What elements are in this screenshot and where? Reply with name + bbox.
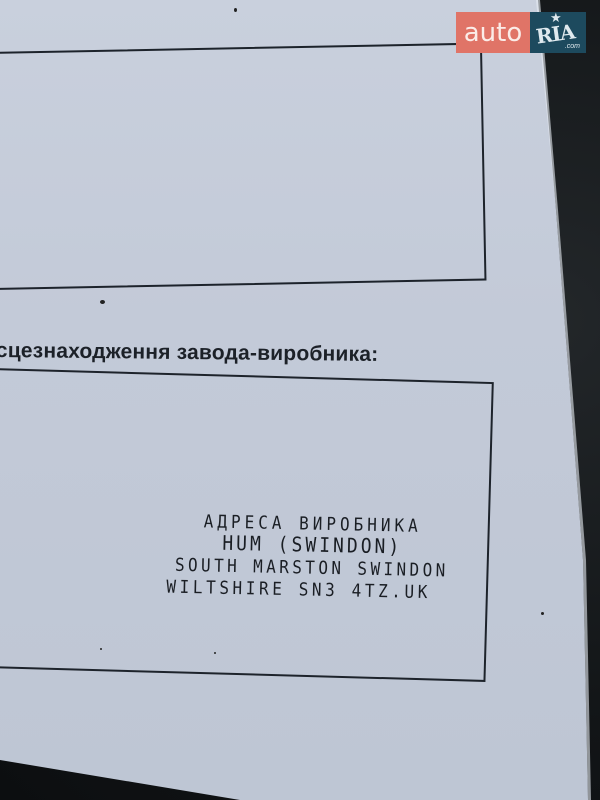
logo-ria-part: ★ RIA .com	[530, 12, 586, 53]
manufacturer-location-label: сцезнаходження завода-виробника:	[0, 339, 378, 367]
ink-speck	[234, 8, 237, 12]
logo-auto-part: auto	[456, 12, 530, 53]
ink-speck	[100, 300, 105, 304]
manufacturer-address-stamp: АДРЕСА ВИРОБНИКА HUM (SWINDON) SOUTH MAR…	[166, 510, 458, 604]
upper-form-field-box	[0, 43, 486, 290]
autoria-watermark-logo: auto ★ RIA .com	[456, 12, 586, 53]
ink-speck	[541, 612, 544, 615]
logo-dotcom-text: .com	[565, 43, 580, 50]
